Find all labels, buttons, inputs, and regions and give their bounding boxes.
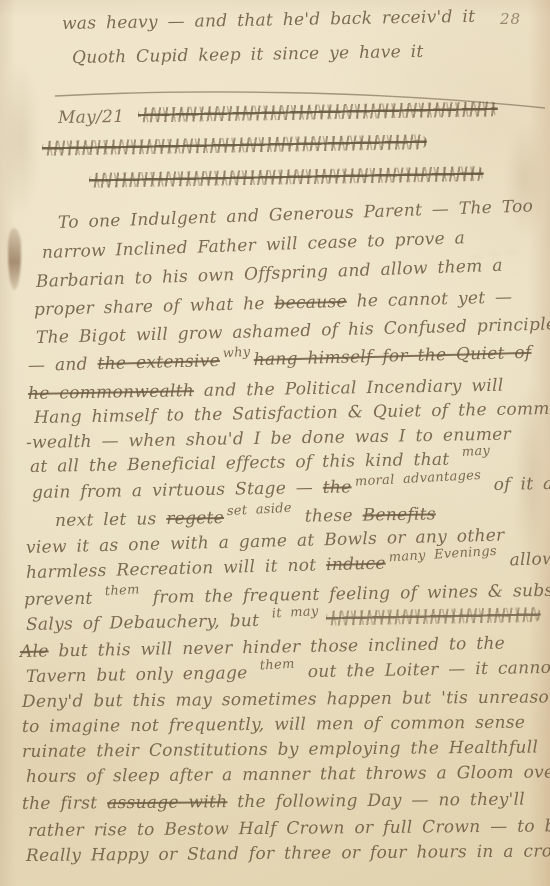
handwritten-text: gain from a virtuous Stage — — [32, 478, 323, 503]
struck-text: Ale — [20, 642, 49, 662]
scribbled-out-text — [42, 134, 427, 156]
struck-text: hang himself for the Quiet of — [253, 343, 531, 370]
handwritten-text: was heavy — and that he'd back receiv'd … — [62, 7, 476, 34]
manuscript-line: Really Happy or Stand for three or four … — [26, 841, 550, 866]
handwritten-text: Barbarian to his own Offspring and allow… — [36, 256, 503, 292]
scribbled-out-text — [138, 101, 498, 122]
manuscript-line: -wealth — when shou'd I be done was I to… — [26, 425, 511, 453]
handwritten-text: the following Day — no they'll — [227, 790, 525, 813]
manuscript-line: the first assuage with the following Day… — [22, 790, 525, 814]
manuscript-line: Salys of Debauchery, but it may — [26, 606, 545, 635]
manuscript-line: ruinate their Constitutions by employing… — [22, 737, 538, 762]
handwritten-text: harmless Recreation will it not — [26, 555, 327, 583]
handwritten-text: next let us — [55, 509, 167, 531]
handwritten-text: the first — [22, 793, 107, 814]
inserted-text: them — [105, 582, 141, 599]
manuscript-line: The Bigot will grow ashamed of his Confu… — [36, 314, 550, 348]
manuscript-line: hours of sleep after a manner that throw… — [26, 762, 550, 787]
inserted-text: them — [260, 657, 296, 674]
handwritten-text: rather rise to Bestow Half Crown or full… — [28, 816, 550, 841]
inserted-text: it may — [271, 604, 318, 621]
handwritten-text: — and — [28, 354, 98, 376]
inserted-text: may — [462, 443, 491, 459]
struck-text: because — [274, 292, 347, 314]
manuscript-line — [85, 165, 488, 192]
handwritten-text: these — [295, 506, 363, 527]
scribbled-out-text — [89, 166, 484, 188]
handwritten-text: The Bigot will grow ashamed of his Confu… — [36, 314, 550, 348]
handwritten-text: ruinate their Constitutions by employing… — [22, 737, 538, 762]
manuscript-line: Tavern but only engage them out the Loit… — [26, 657, 550, 687]
handwritten-text: he cannot yet — — [347, 287, 513, 311]
handwritten-text: prevent — [24, 589, 103, 610]
handwritten-text: Tavern but only engage — [26, 663, 258, 687]
handwritten-text: hours of sleep after a manner that throw… — [26, 762, 550, 787]
handwritten-text: narrow Inclined Father will cease to pro… — [42, 228, 466, 263]
handwritten-text: Deny'd but this may sometimes happen but… — [22, 687, 550, 712]
manuscript-line: rather rise to Bestow Half Crown or full… — [28, 816, 550, 841]
handwritten-text: out the Loiter — it cannot be — [298, 657, 550, 682]
handwritten-text: of it and only — [484, 473, 550, 495]
ink-blot — [8, 228, 21, 290]
struck-text: induce — [326, 554, 386, 576]
manuscript-line: Quoth Cupid keep it since ye have it — [72, 42, 424, 68]
struck-text: assuage with — [107, 792, 228, 813]
page-number: 28 — [500, 10, 521, 28]
manuscript-page: 28 ~ ~ ~ was heavy — and that he'd back … — [0, 0, 550, 886]
handwritten-text: Quoth Cupid keep it since ye have it — [72, 42, 424, 68]
handwritten-text: Really Happy or Stand for three or four … — [26, 841, 550, 866]
struck-text: the extensive — [97, 351, 220, 374]
manuscript-line: Deny'd but this may sometimes happen but… — [22, 687, 550, 712]
struck-text: Benefits — [362, 504, 436, 525]
manuscript-line: was heavy — and that he'd back receiv'd … — [62, 7, 476, 34]
manuscript-line: narrow Inclined Father will cease to pro… — [42, 228, 466, 263]
handwritten-text: Salys of Debauchery, but — [26, 611, 269, 635]
manuscript-line: — and the extensivewhyhang himself for t… — [28, 343, 532, 376]
manuscript-line: he commonwealth and the Political Incend… — [28, 376, 504, 404]
show-through-smudge — [0, 60, 40, 220]
handwritten-text: Hang himself to the Satisfaction & Quiet… — [34, 399, 550, 428]
manuscript-line: Barbarian to his own Offspring and allow… — [36, 256, 503, 292]
show-through-smudge — [505, 120, 545, 240]
handwritten-text: May/21 — [58, 107, 134, 128]
handwritten-text: from the frequent feeling of wines & sub… — [143, 580, 550, 608]
handwritten-text: proper share of what he — [34, 294, 275, 320]
manuscript-line: May/21 — [58, 100, 502, 128]
inserted-text: moral advantages — [354, 468, 481, 490]
handwritten-text: and the Political Incendiary will — [194, 376, 504, 401]
inserted-text: why — [222, 345, 251, 362]
manuscript-line: gain from a virtuous Stage — themoral ad… — [32, 473, 550, 503]
struck-text: the — [323, 477, 352, 497]
manuscript-line — [38, 133, 431, 160]
manuscript-line: to imagine not frequently, will men of c… — [22, 713, 525, 737]
handwritten-text: allow — [500, 549, 550, 570]
manuscript-line: next let us regeteset aside these Benefi… — [55, 504, 436, 531]
inserted-text: set aside — [227, 501, 293, 519]
manuscript-line: Hang himself to the Satisfaction & Quiet… — [34, 399, 550, 428]
struck-text: he commonwealth — [28, 381, 194, 404]
handwritten-text: -wealth — when shou'd I be done was I to… — [26, 425, 511, 453]
struck-text: regete — [166, 508, 224, 529]
handwritten-text: to imagine not frequently, will men of c… — [22, 713, 525, 737]
manuscript-line: proper share of what he because he canno… — [34, 287, 513, 320]
scribbled-out-text — [325, 607, 540, 626]
